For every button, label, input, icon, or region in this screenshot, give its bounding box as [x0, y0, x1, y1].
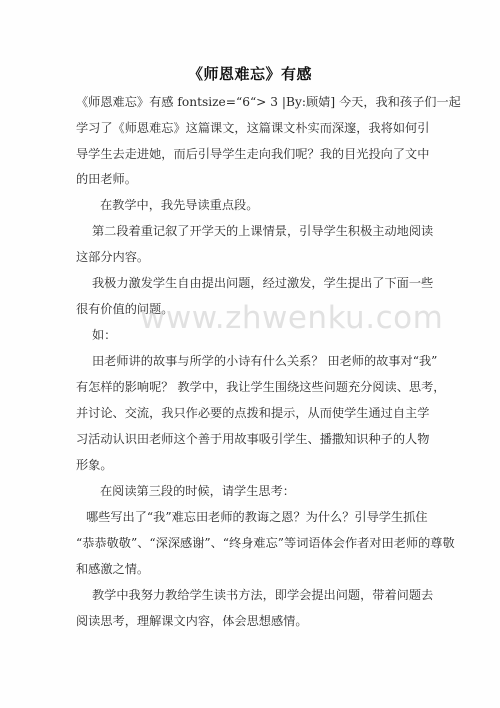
text-line: 第二段着重记叙了开学天的上课情景，引导学生积极主动地阅读	[92, 223, 452, 239]
text-line: “恭恭敬敬”、“深深感谢”、“终身难忘”等词语体会作者对田老师的尊敬	[76, 535, 436, 551]
text-line: 的田老师。	[76, 171, 436, 187]
text-line: 哪些写出了“我”难忘田老师的教诲之恩？为什么？引导学生抓住	[86, 509, 446, 525]
text-line: 有怎样的影响呢？ 教学中，我让学生围绕这些问题充分阅读、思考，	[76, 379, 436, 395]
text-line: 教学中我努力教给学生读书方法，即学会提出问题，带着问题去	[92, 587, 452, 603]
watermark: www.zhwenku.com	[140, 300, 390, 336]
text-line: 这部分内容。	[76, 249, 436, 265]
text-line: 《师恩难忘》有感 fontsize=“6“> 3 |By:顾婧] 今天，我和孩子…	[76, 94, 436, 110]
text-line: 田老师讲的故事与所学的小诗有什么关系？ 田老师的故事对“我”	[92, 353, 452, 369]
text-line: 我极力激发学生自由提出问题，经过激发，学生提出了下面一些	[92, 275, 452, 291]
text-line: 并讨论、交流，我只作必要的点拨和提示，从而使学生通过自主学	[76, 405, 436, 421]
text-line: 和感激之情。	[76, 561, 436, 577]
text-line: 在阅读第三段的时候，请学生思考：	[100, 483, 460, 499]
text-line: 在教学中，我先导读重点段。	[100, 197, 460, 213]
document-page: 《师恩难忘》有感 《师恩难忘》有感 fontsize=“6“> 3 |By:顾婧…	[0, 0, 500, 708]
text-line: 导学生去走进她，而后引导学生走向我们呢？我的目光投向了文中	[76, 146, 436, 162]
text-line: 形象。	[76, 457, 436, 473]
document-title: 《师恩难忘》有感	[0, 63, 500, 84]
text-line: 习活动认识田老师这个善于用故事吸引学生、播撒知识种子的人物	[76, 431, 436, 447]
text-line: 学习了《师恩难忘》这篇课文，这篇课文朴实而深邃，我将如何引	[76, 120, 436, 136]
text-line: 阅读思考，理解课文内容，体会思想感情。	[76, 613, 436, 629]
